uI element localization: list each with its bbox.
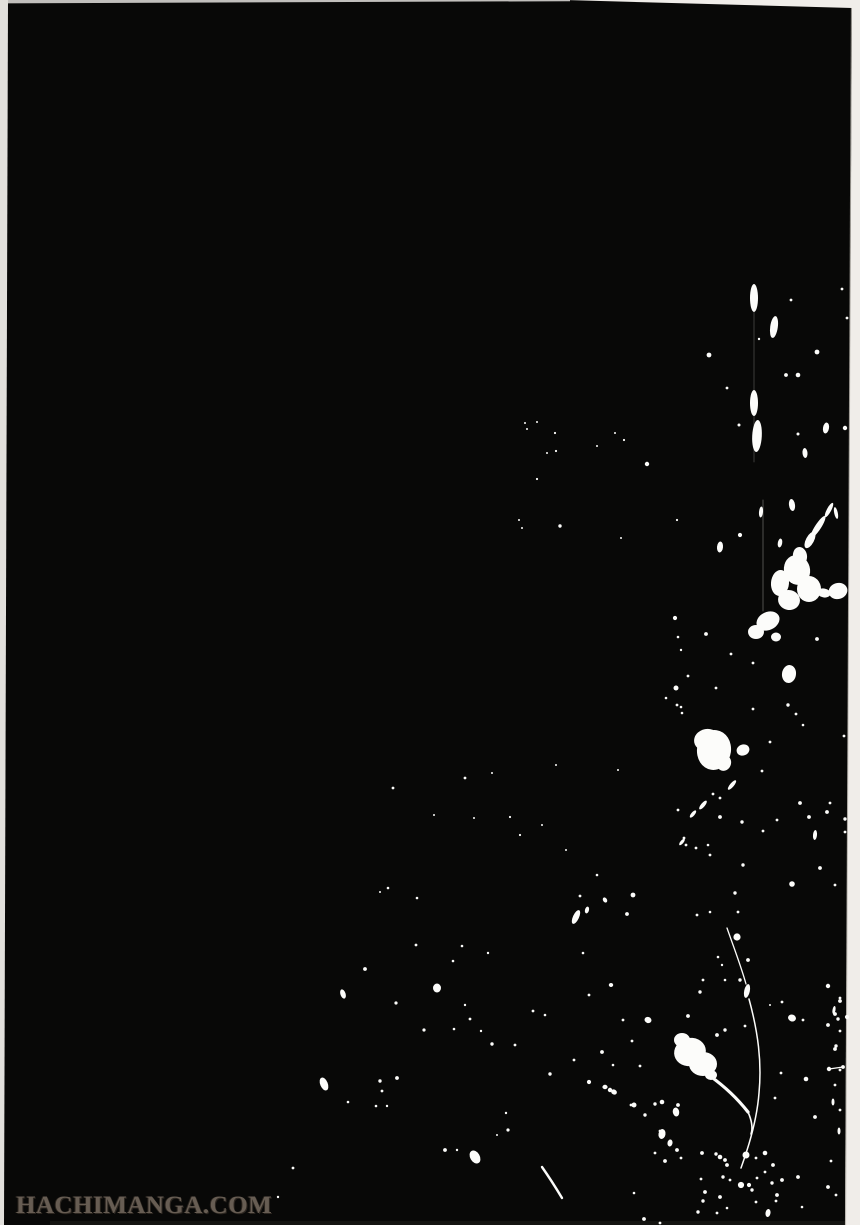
manga-page: HACHIMANGA.COM	[0, 0, 860, 1225]
page-scan-canvas	[0, 0, 860, 1225]
site-watermark: HACHIMANGA.COM	[16, 1192, 272, 1220]
ink-background	[0, 0, 860, 1225]
page-bottom-shadow	[50, 1221, 860, 1225]
